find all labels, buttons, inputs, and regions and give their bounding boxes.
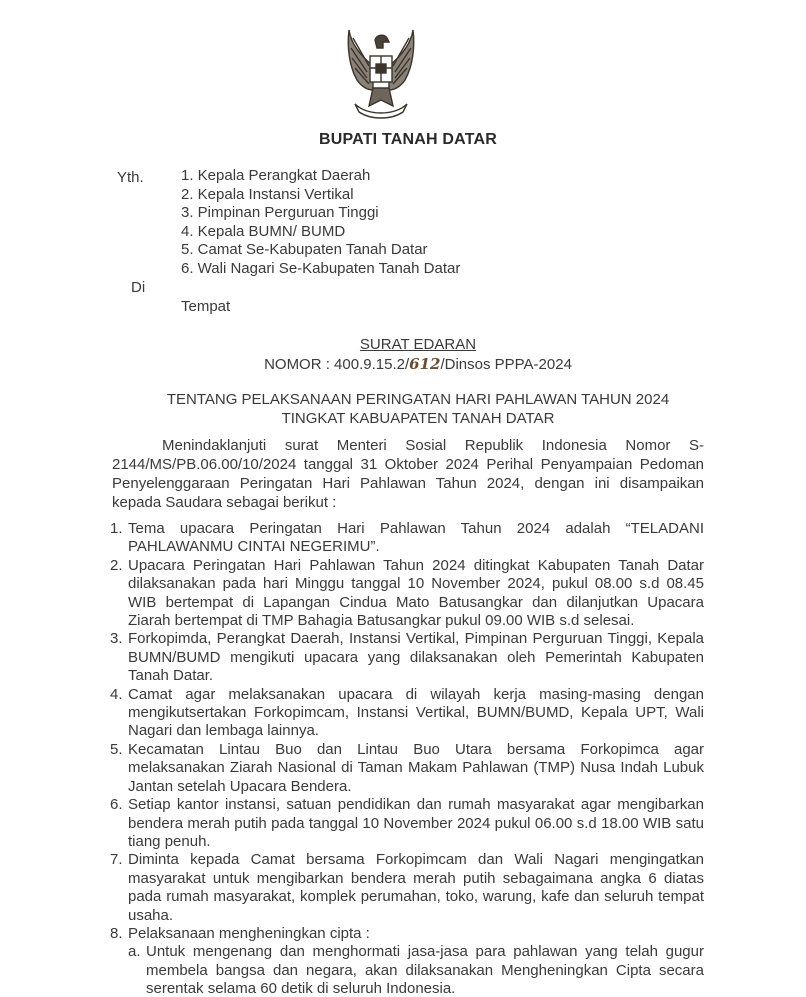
number-prefix: NOMOR : 400.9.15.2/ [264, 356, 409, 373]
instruction-item: 5.Kecamatan Lintau Buo dan Lintau Buo Ut… [110, 741, 704, 796]
number-suffix: /Dinsos PPPA-2024 [440, 356, 571, 373]
instruction-list: 1.Tema upacara Peringatan Hari Pahlawan … [110, 520, 704, 997]
garuda-emblem-icon [343, 26, 419, 122]
instruction-item: 4.Camat agar melaksanakan upacara di wil… [110, 686, 704, 741]
instruction-item: 2.Upacara Peringatan Hari Pahlawan Tahun… [110, 557, 704, 631]
instruction-item: 8.Pelaksanaan mengheningkan cipta : a.Un… [110, 925, 704, 997]
instruction-item: 1.Tema upacara Peringatan Hari Pahlawan … [110, 520, 704, 557]
address-salutation: Yth. [117, 169, 144, 186]
recipient-item: 4. Kepala BUMN/ BUMD [181, 223, 460, 242]
address-tempat: Tempat [181, 298, 230, 315]
recipient-list: 1. Kepala Perangkat Daerah 2. Kepala Ins… [181, 167, 460, 279]
instruction-item: 7.Diminta kepada Camat bersama Forkopimc… [110, 851, 704, 925]
recipient-item: 6. Wali Nagari Se-Kabupaten Tanah Datar [181, 260, 460, 279]
subject-line: TENTANG PELAKSANAAN PERINGATAN HARI PAHL… [30, 390, 806, 409]
recipient-item: 5. Camat Se-Kabupaten Tanah Datar [181, 241, 460, 260]
document-type-title: SURAT EDARAN [0, 336, 806, 353]
sub-instruction-item: a.Untuk mengenang dan menghormati jasa-j… [128, 943, 704, 997]
sub-instruction-list: a.Untuk mengenang dan menghormati jasa-j… [128, 943, 704, 997]
intro-paragraph: Menindaklanjuti surat Menteri Sosial Rep… [112, 436, 704, 512]
document-subject: TENTANG PELAKSANAAN PERINGATAN HARI PAHL… [0, 390, 806, 428]
issuer-title: BUPATI TANAH DATAR [0, 131, 806, 149]
letter-page: BUPATI TANAH DATAR Yth. 1. Kepala Perang… [0, 0, 806, 997]
recipient-item: 1. Kepala Perangkat Daerah [181, 167, 460, 186]
recipient-item: 3. Pimpinan Perguruan Tinggi [181, 204, 460, 223]
address-di: Di [131, 279, 145, 296]
document-number: NOMOR : 400.9.15.2/612/Dinsos PPPA-2024 [0, 355, 806, 373]
instruction-item: 3.Forkopimda, Perangkat Daerah, Instansi… [110, 630, 704, 685]
subject-line: TINGKAT KABUAPATEN TANAH DATAR [30, 409, 806, 428]
handwritten-number: 612 [409, 355, 440, 373]
recipient-item: 2. Kepala Instansi Vertikal [181, 186, 460, 205]
instruction-item: 6.Setiap kantor instansi, satuan pendidi… [110, 796, 704, 851]
